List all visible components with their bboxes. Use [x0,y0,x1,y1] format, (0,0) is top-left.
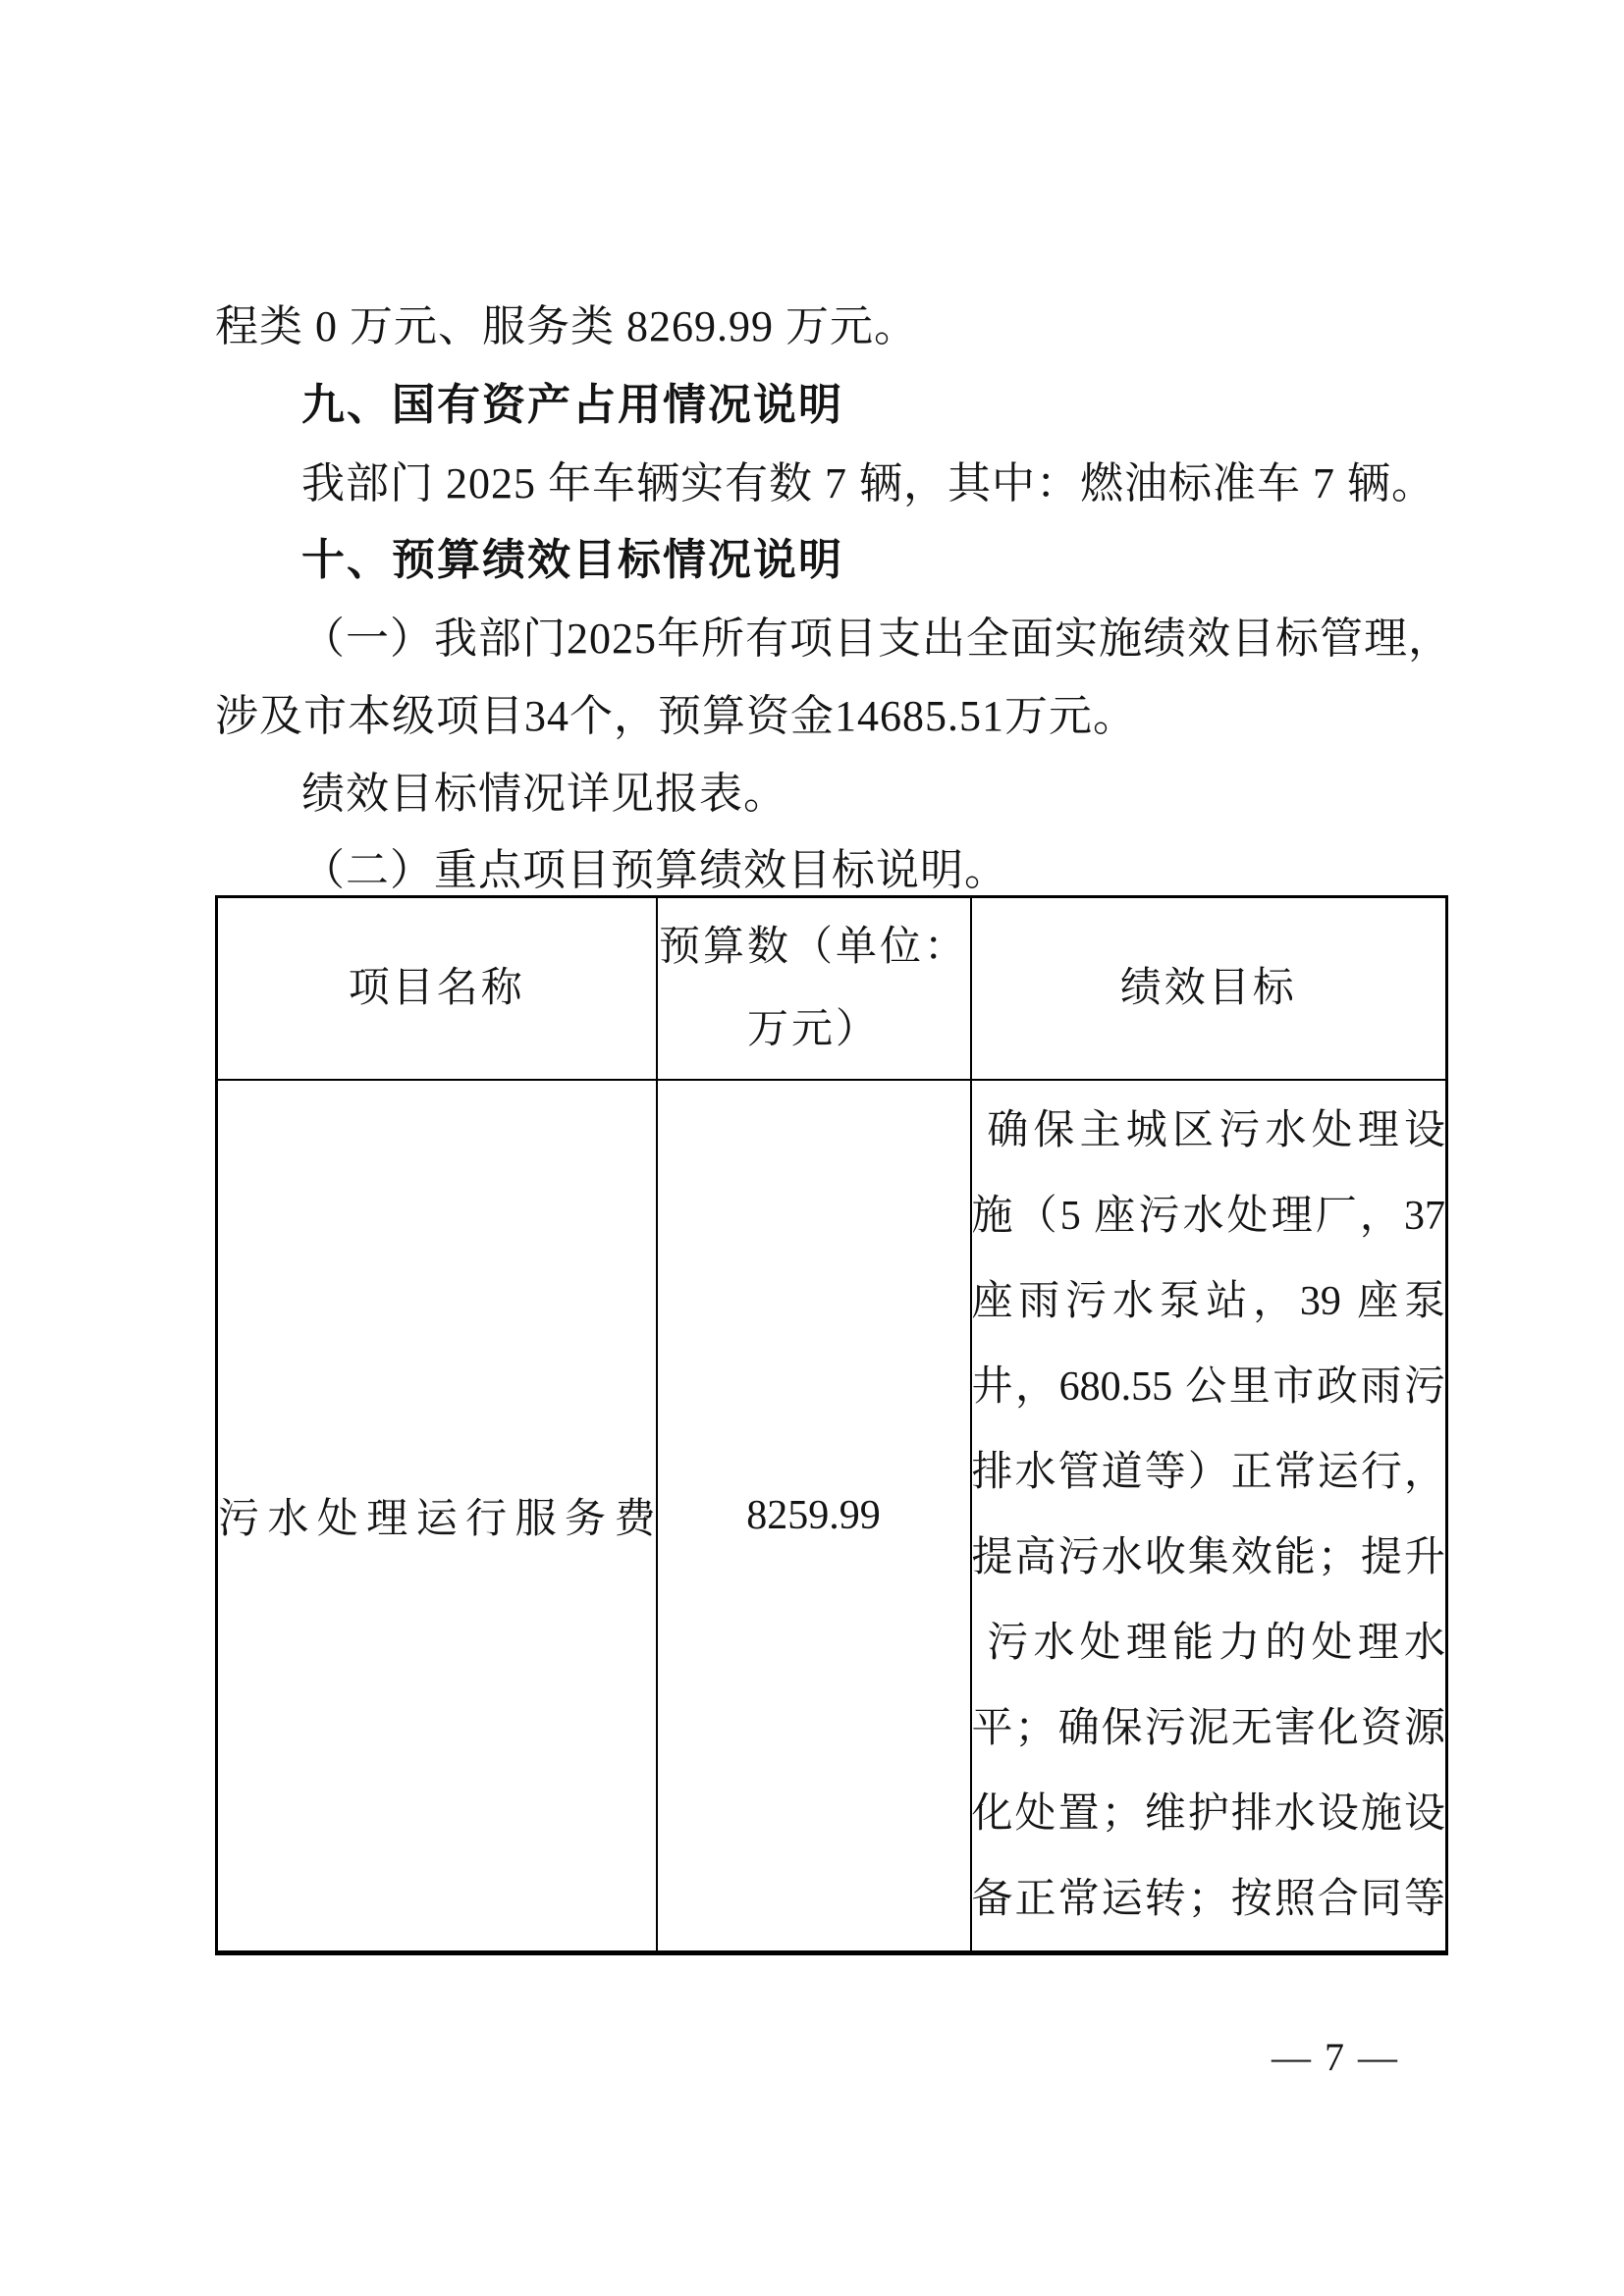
performance-goal-header: 绩效目标 [971,897,1447,1080]
project-name-cell: 污水处理运行服务费 [217,1080,657,1953]
page-number: — 7 — [1262,2034,1409,2080]
section-9-paragraph: 我部门 2025 年车辆实有数 7 辆，其中：燃油标准车 7 辆。 [301,457,1435,510]
budget-amount-header: 预算数（单位： 万元） [657,897,971,1080]
section-10-item-1-line-2: 涉及市本级项目34个，预算资金14685.51万元。 [215,690,1137,743]
project-name-header: 项目名称 [217,897,657,1080]
section-9-heading: 九、国有资产占用情况说明 [301,379,843,432]
performance-goal-cell: 确保主城区污水处理设 施（5 座污水处理厂，37 座雨污水泵站，39 座泵 井，… [971,1080,1447,1953]
document-page: 程类 0 万元、服务类 8269.99 万元。 九、国有资产占用情况说明 我部门… [0,0,1624,2296]
budget-performance-table: 项目名称 预算数（单位： 万元） 绩效目标 污水处理运行服务费 8259.99 … [215,895,1448,1955]
continuation-paragraph: 程类 0 万元、服务类 8269.99 万元。 [215,300,918,353]
section-10-item-1-line-1: （一）我部门2025年所有项目支出全面实施绩效目标管理， [301,613,1440,666]
section-10-heading: 十、预算绩效目标情况说明 [301,534,843,587]
budget-amount-cell: 8259.99 [657,1080,971,1953]
table-header-row: 项目名称 预算数（单位： 万元） 绩效目标 [217,897,1447,1080]
table-row: 污水处理运行服务费 8259.99 确保主城区污水处理设 施（5 座污水处理厂，… [217,1080,1447,1953]
section-10-item-2-intro: （二）重点项目预算绩效目标说明。 [301,844,1008,897]
section-10-item-1-note: 绩效目标情况详见报表。 [301,768,787,821]
